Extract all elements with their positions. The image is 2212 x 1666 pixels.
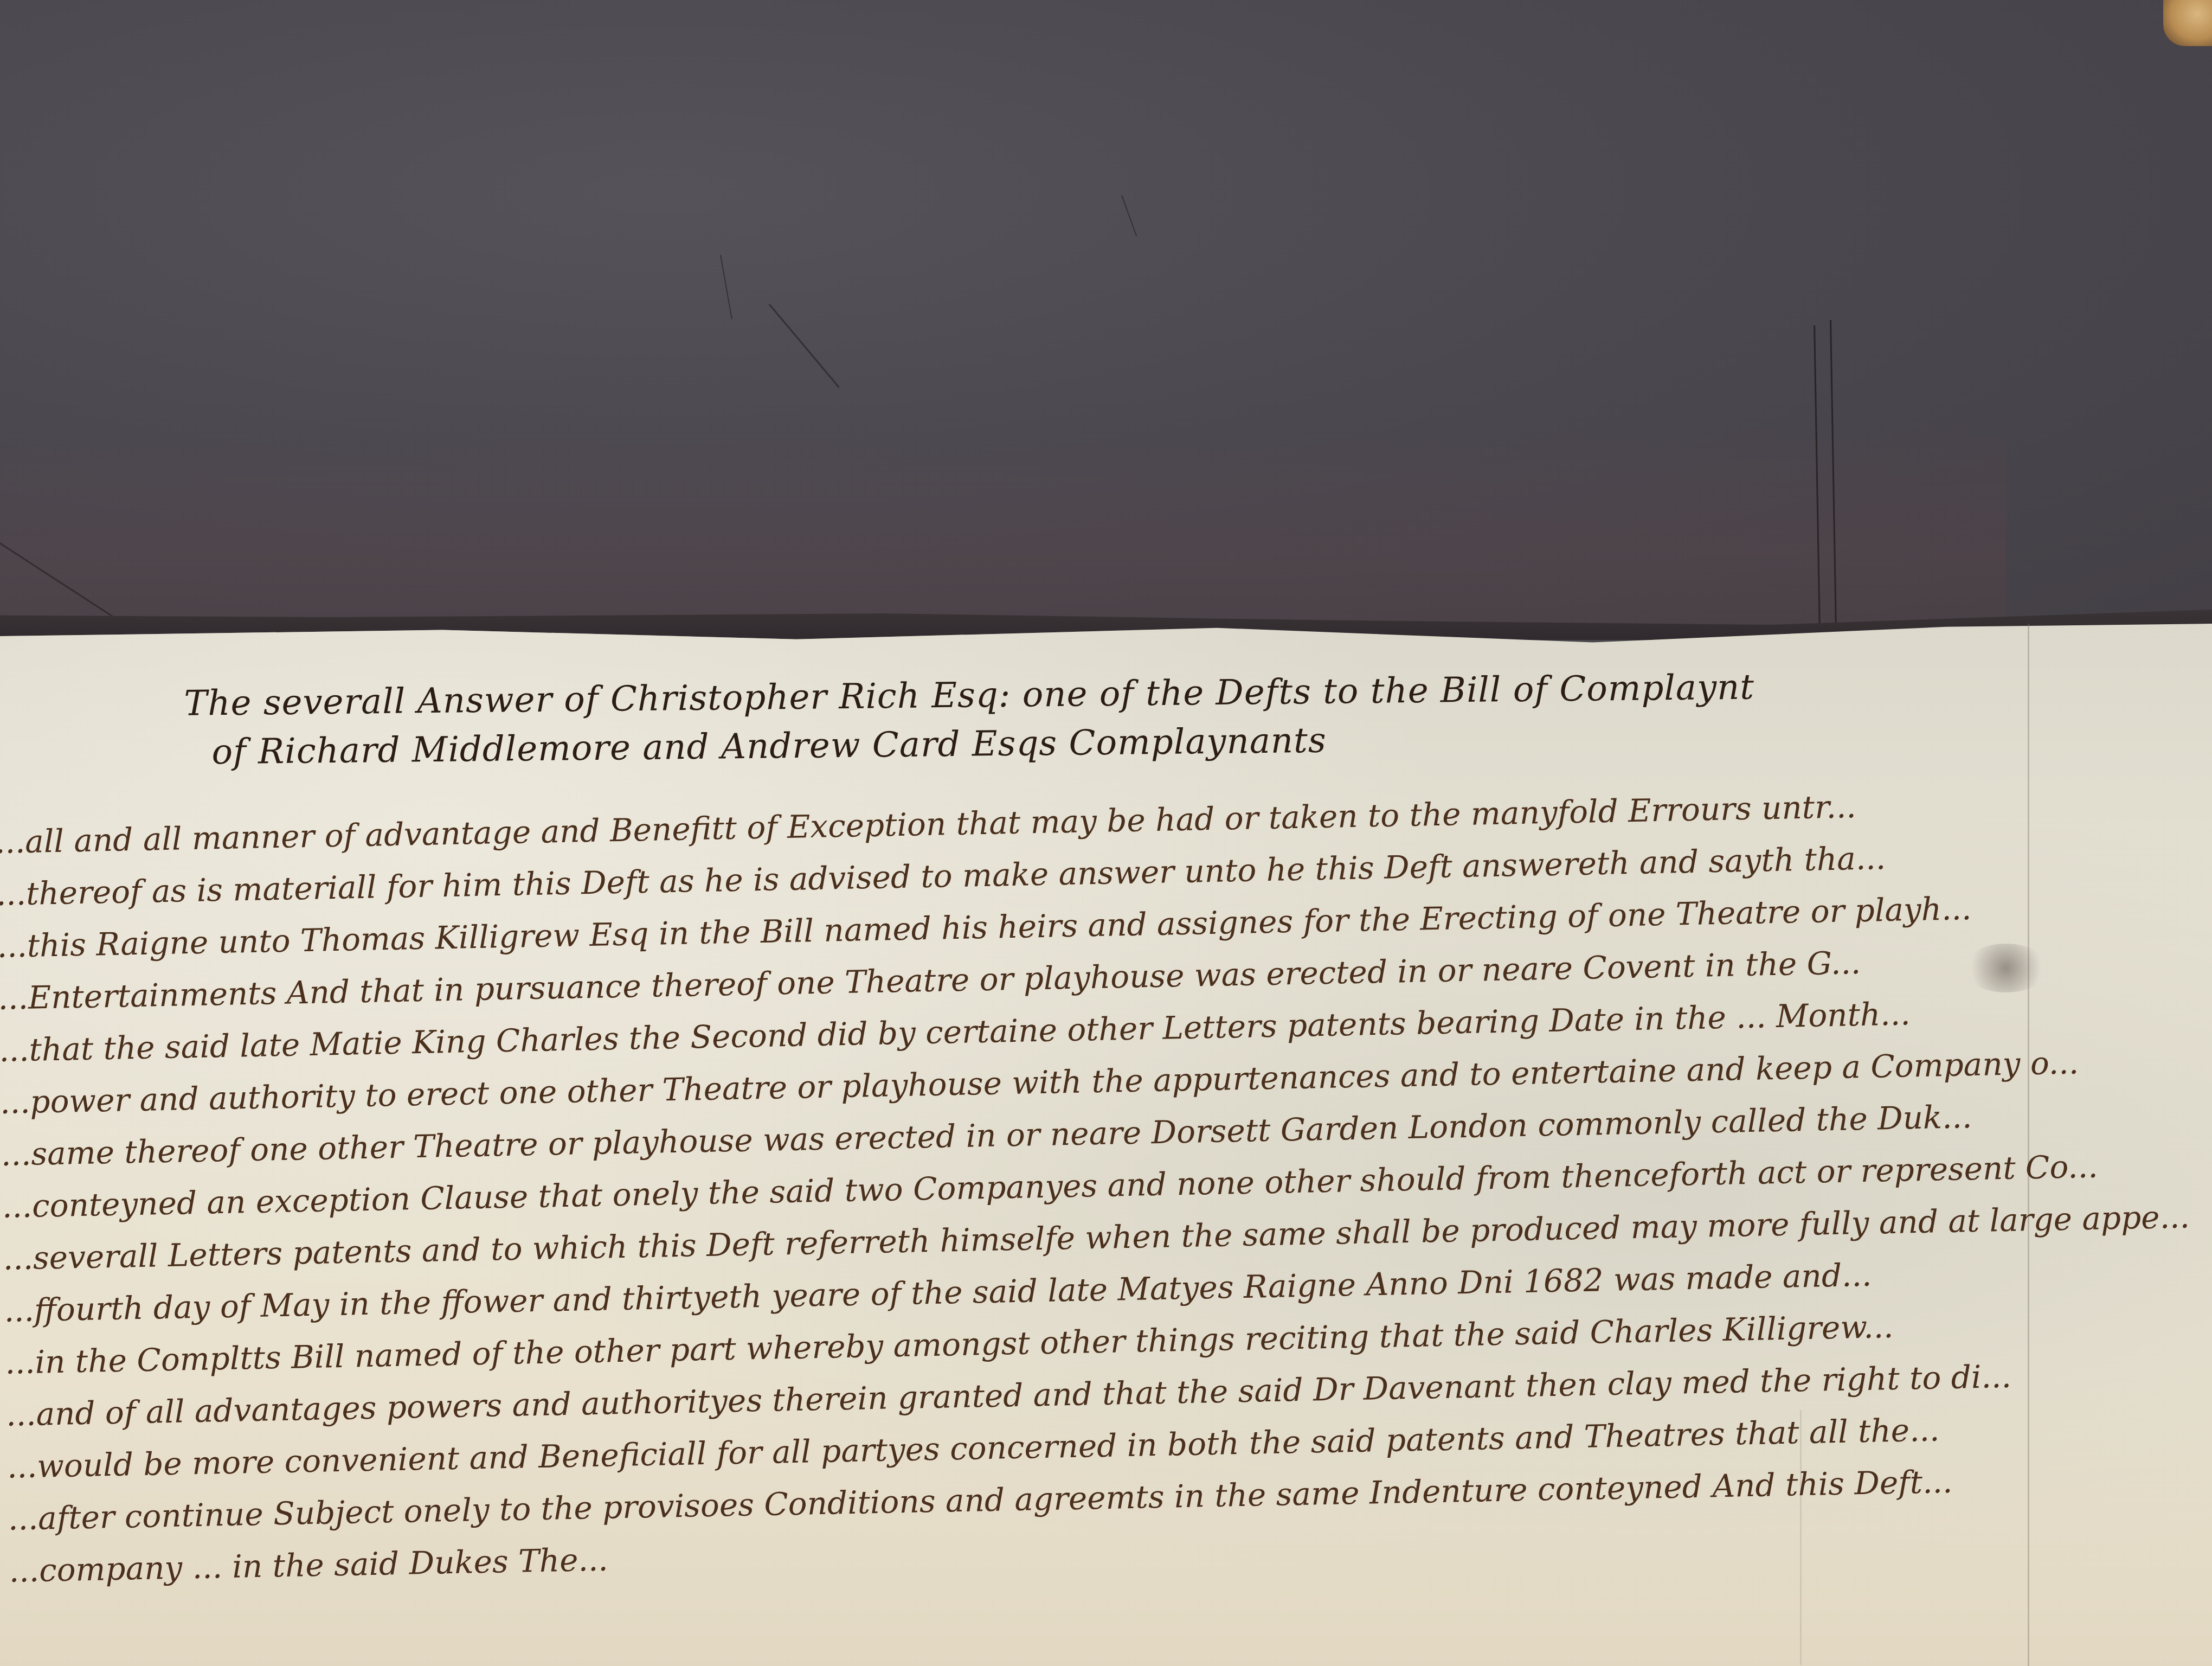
document-body: ...all and all manner of advantage and B… [0, 772, 2212, 1597]
document-heading: The severall Answer of Christopher Rich … [184, 660, 2028, 777]
binding-tape-corner [2163, 0, 2212, 46]
backing-shadow-tint [0, 412, 2006, 640]
